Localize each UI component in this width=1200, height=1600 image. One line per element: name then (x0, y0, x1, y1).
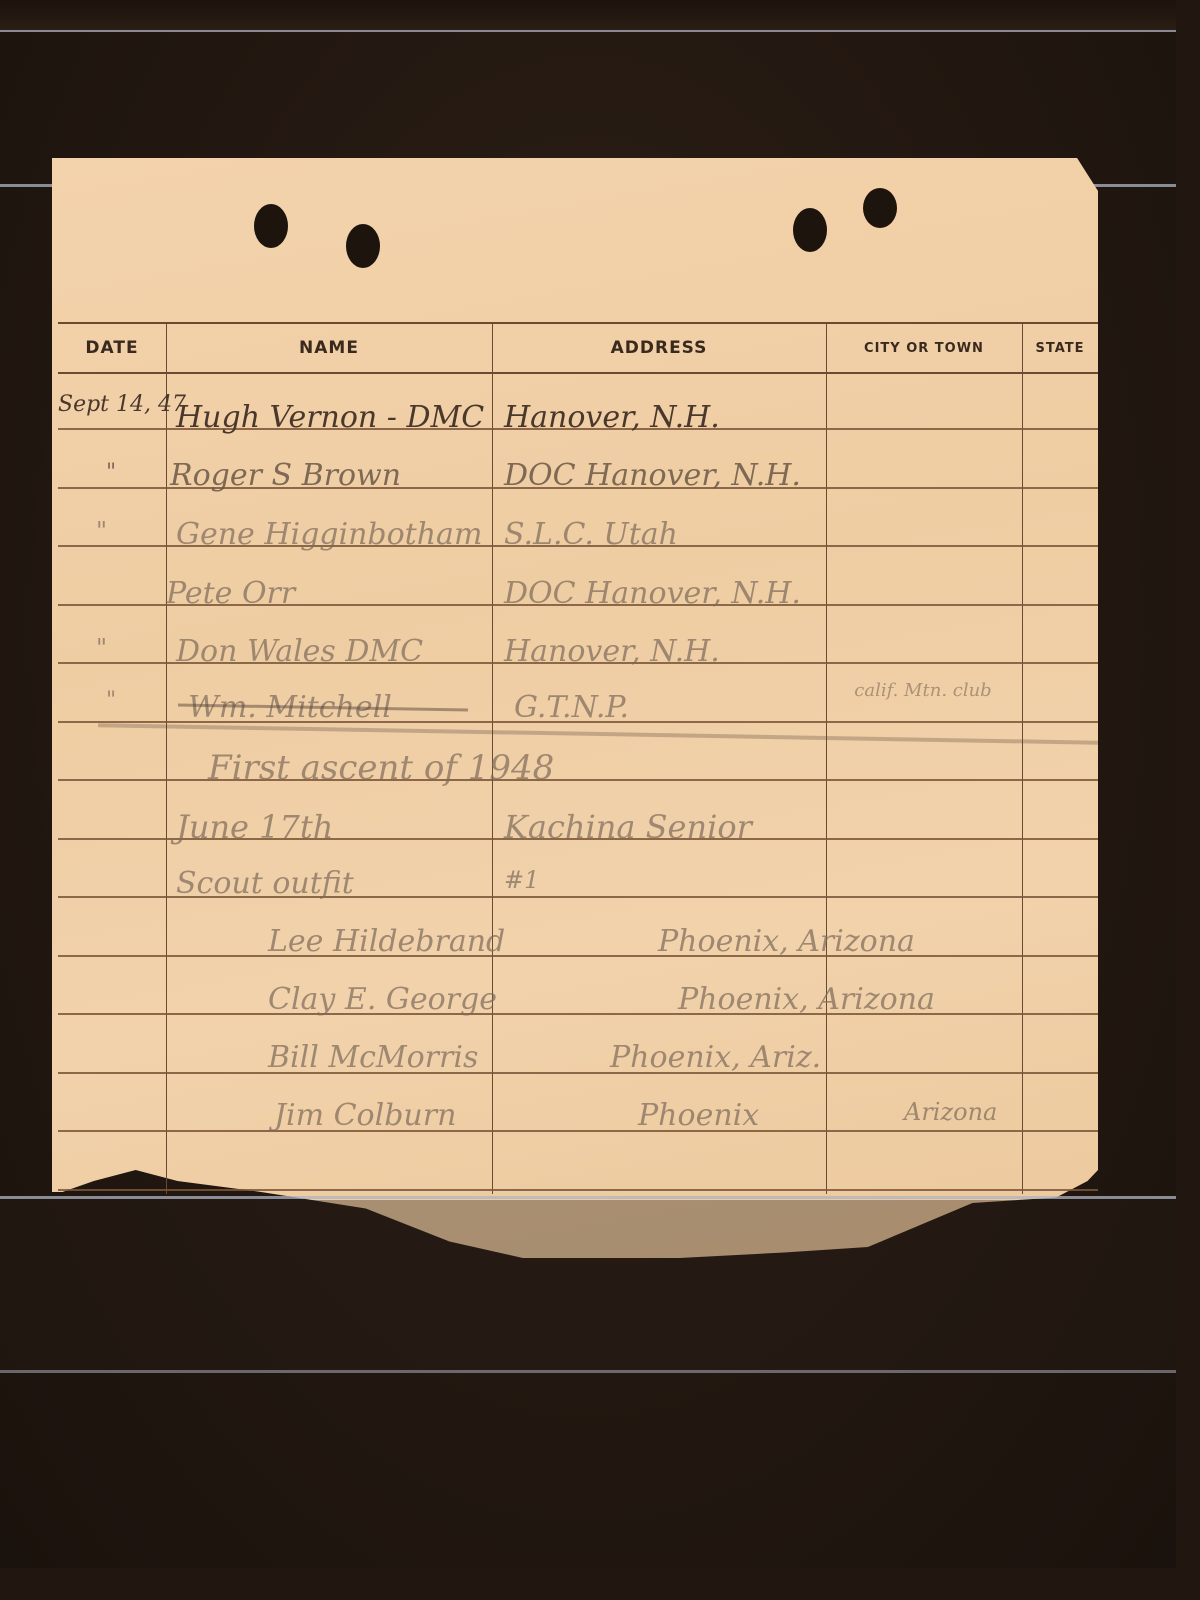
entry-name: Hugh Vernon - DMC (176, 400, 484, 435)
punch-hole (793, 208, 827, 252)
entry-name: Roger S Brown (170, 458, 401, 493)
header-state: STATE (1022, 324, 1098, 372)
entry-date: Sept 14, 47 (58, 392, 186, 417)
entry-name: Gene Higginbotham (176, 517, 482, 552)
sleeve-top-edge (0, 0, 1176, 32)
note-date: June 17th (176, 808, 333, 846)
sleeve-lower-pocket (0, 1200, 1176, 1373)
sleeve-edge-line (0, 1196, 1176, 1199)
punch-hole (346, 224, 380, 268)
entry-address: Hanover, N.H. (504, 634, 720, 669)
entry-date: " (106, 688, 116, 713)
ruled-line (58, 1189, 1098, 1191)
header-city: CITY OR TOWN (826, 324, 1022, 372)
entry-date: " (106, 460, 116, 485)
scout-name: Lee Hildebrand (268, 924, 505, 959)
entry-city: calif. Mtn. club (838, 680, 1008, 701)
entry-address: G.T.N.P. (514, 690, 629, 725)
note-first-ascent: First ascent of 1948 (208, 748, 554, 788)
entry-date: " (96, 634, 107, 662)
entry-name: Pete Orr (166, 576, 295, 611)
entry-address: S.L.C. Utah (504, 517, 678, 552)
scout-address: Phoenix (638, 1098, 759, 1133)
column-divider (826, 322, 827, 1194)
entry-address: DOC Hanover, N.H. (504, 458, 801, 493)
note-scout-outfit: Scout outfit (176, 866, 354, 901)
punch-hole (863, 188, 897, 228)
note-group: Kachina Senior (504, 808, 752, 846)
header-date: DATE (58, 324, 166, 372)
punch-hole (254, 204, 288, 248)
scout-name: Clay E. George (268, 982, 497, 1017)
note-outfit-number: #1 (504, 866, 539, 894)
ruled-line (58, 1072, 1098, 1074)
entry-address: Hanover, N.H. (504, 400, 720, 435)
column-divider (166, 322, 167, 1194)
entry-name: Don Wales DMC (176, 634, 423, 669)
scout-address: Phoenix, Ariz. (610, 1040, 821, 1075)
ruled-line (58, 1013, 1098, 1015)
header-name: NAME (166, 324, 492, 372)
scout-name: Bill McMorris (268, 1040, 478, 1075)
table-header: DATE NAME ADDRESS CITY OR TOWN STATE (58, 322, 1098, 374)
scout-address: Phoenix, Arizona (678, 982, 935, 1017)
column-divider (1022, 322, 1023, 1194)
header-address: ADDRESS (492, 324, 826, 372)
scout-address: Phoenix, Arizona (658, 924, 915, 959)
ruled-line (58, 955, 1098, 957)
scout-name: Jim Colburn (274, 1098, 456, 1133)
entry-date: " (96, 517, 107, 545)
entry-address: DOC Hanover, N.H. (504, 576, 801, 611)
ruled-line (58, 1130, 1098, 1132)
scout-state: Arizona (904, 1098, 997, 1126)
